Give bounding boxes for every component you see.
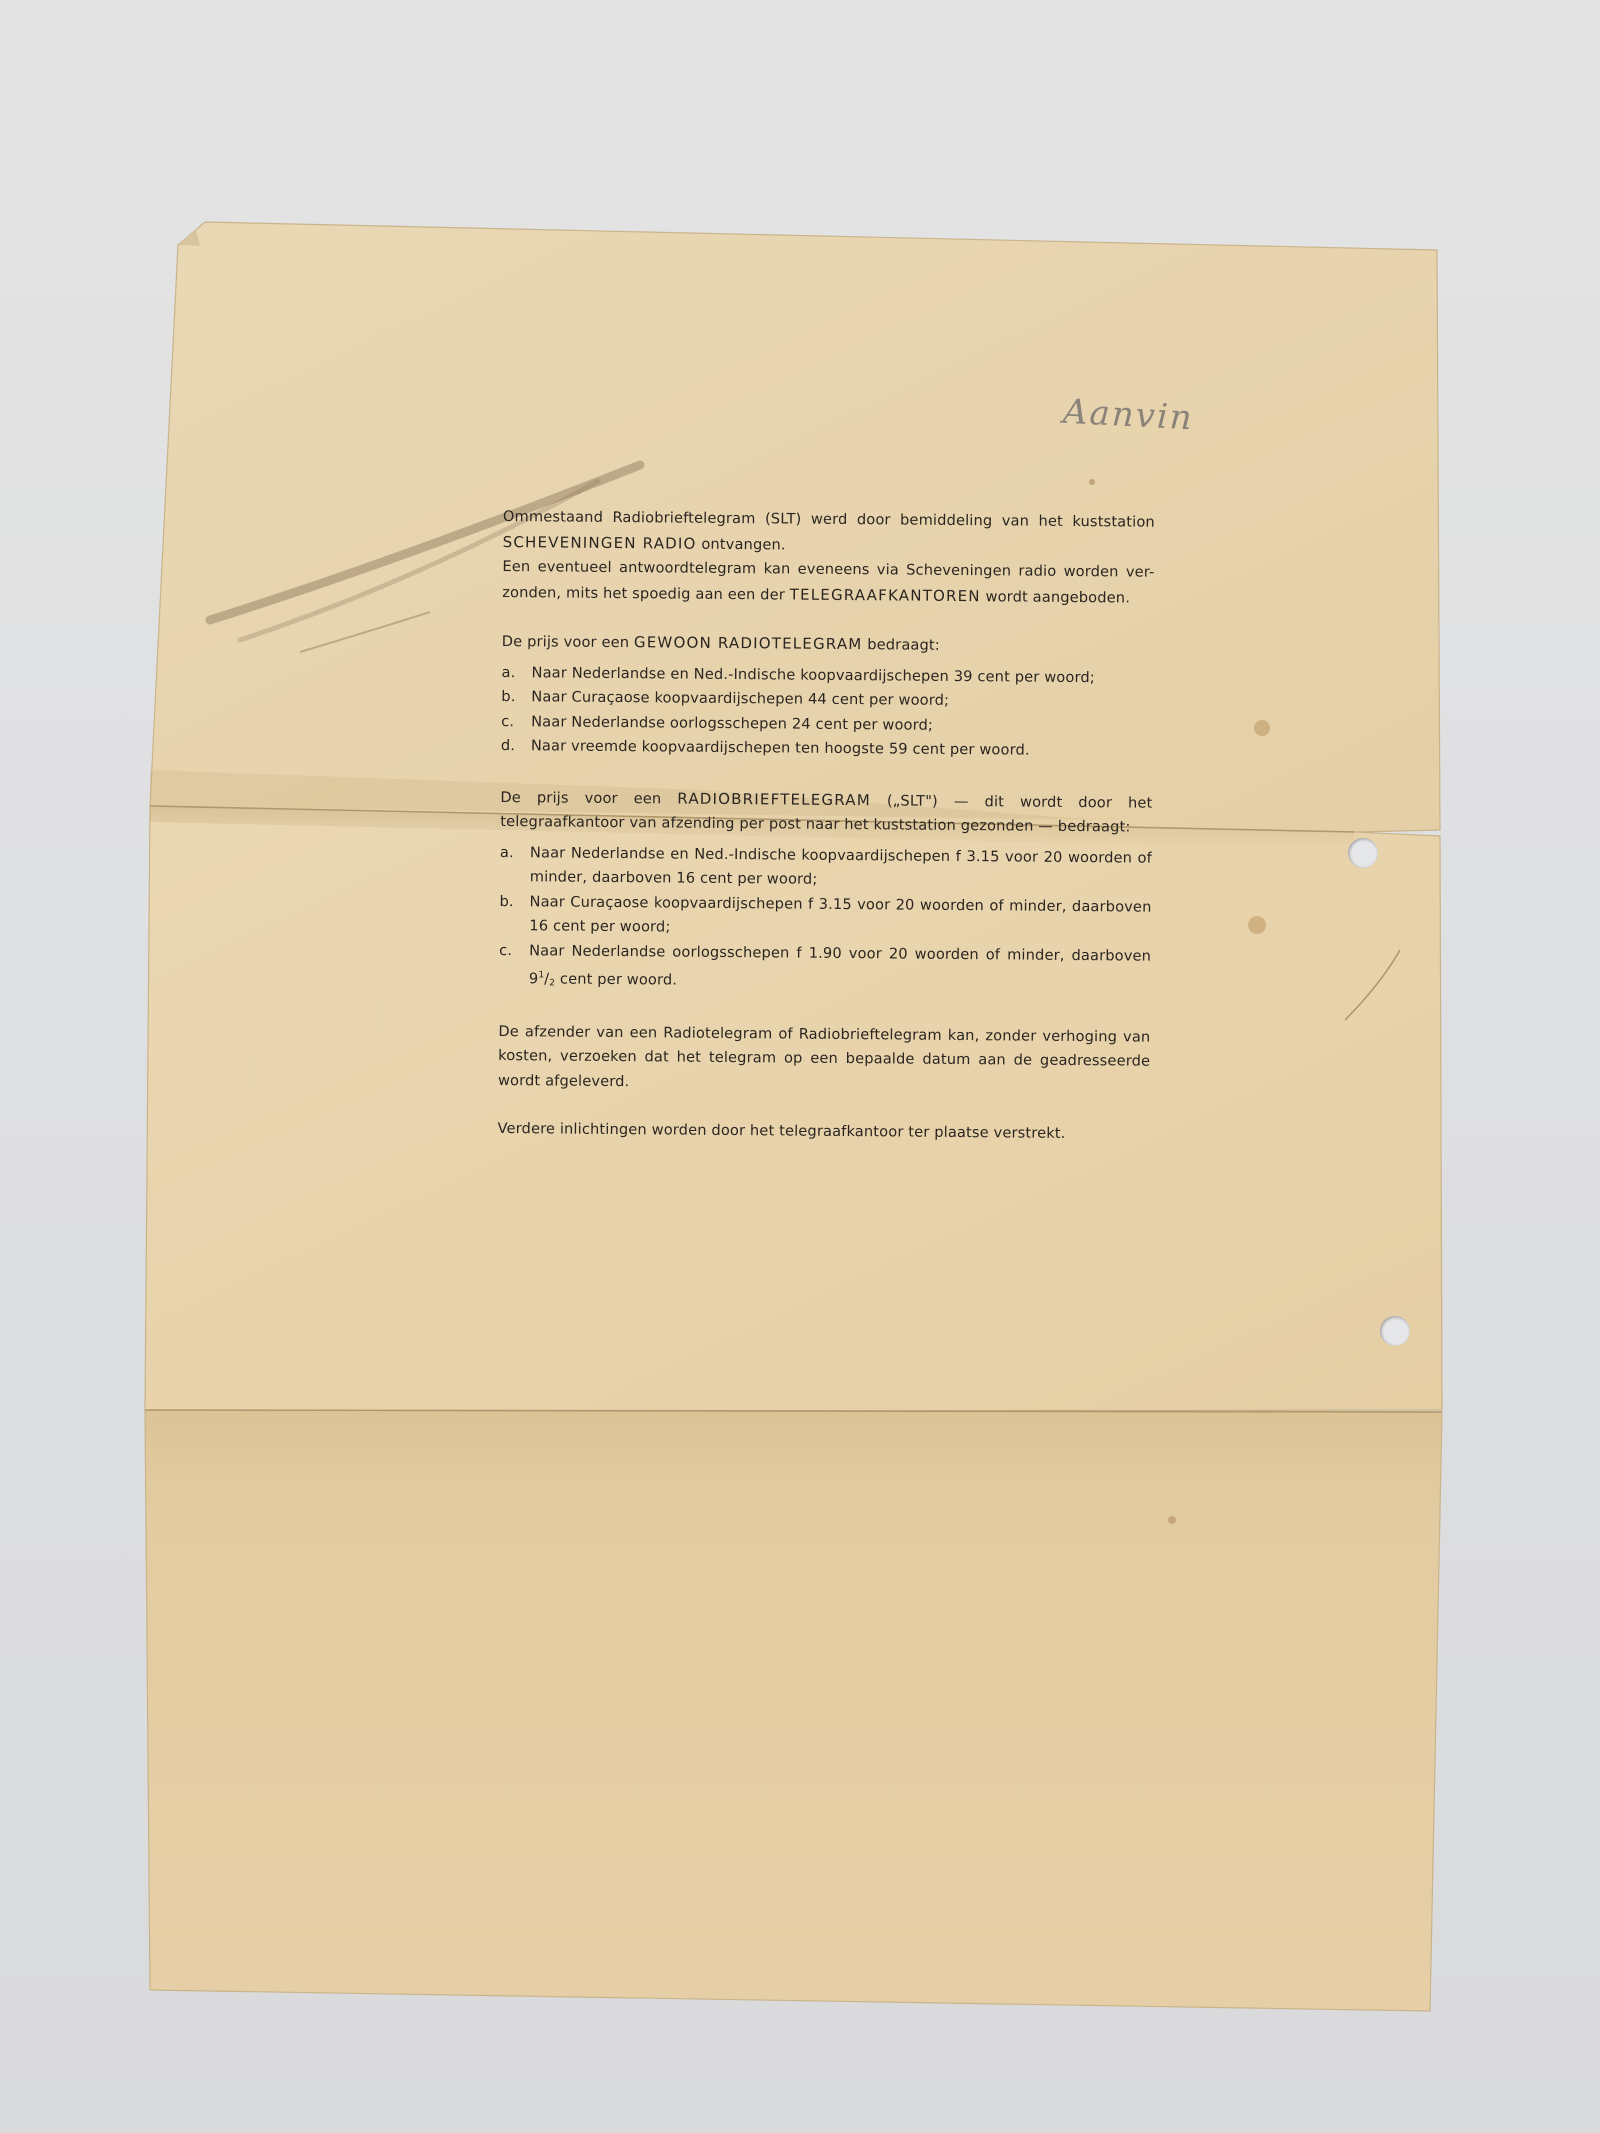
list-item: c.Naar Nederlandse oorlogsschepen f 1.90… [499, 938, 1151, 1001]
intro-paragraph: Ommestaand Radiobrieftelegram (SLT) werd… [503, 505, 1155, 561]
handwritten-note: Aanvin [1062, 392, 1195, 439]
regular-radiotelegram-heading: De prijs voor een GEWOON RADIOTELEGRAM b… [502, 629, 1154, 660]
punch-hole-top [1348, 838, 1378, 868]
punch-hole-bottom [1380, 1316, 1410, 1346]
list-item: a.Naar Nederlandse en Ned.-Indische koop… [500, 840, 1152, 895]
document-body: Ommestaand Radiobrieftelegram (SLT) werd… [497, 505, 1155, 1147]
delivery-note: De afzender van een Radiotelegram of Rad… [498, 1019, 1151, 1098]
regular-rates-list: a.Naar Nederlandse en Ned.-Indische koop… [501, 660, 1154, 764]
slt-rates-list: a.Naar Nederlandse en Ned.-Indische koop… [499, 840, 1152, 1001]
paper-sheet: Aanvin Ommestaand Radiobrieftelegram (SL… [0, 0, 1600, 2133]
reply-paragraph: Een eventueel antwoordtelegram kan evene… [502, 555, 1154, 611]
list-item: b.Naar Curaçaose koopvaardijschepen f 3.… [499, 889, 1151, 944]
telegraph-offices: TELEGRAAFKANTOREN [790, 585, 981, 605]
slt-heading: De prijs voor een RADIOBRIEFTELEGRAM („S… [500, 784, 1152, 840]
station-name: SCHEVENINGEN RADIO [503, 532, 697, 552]
